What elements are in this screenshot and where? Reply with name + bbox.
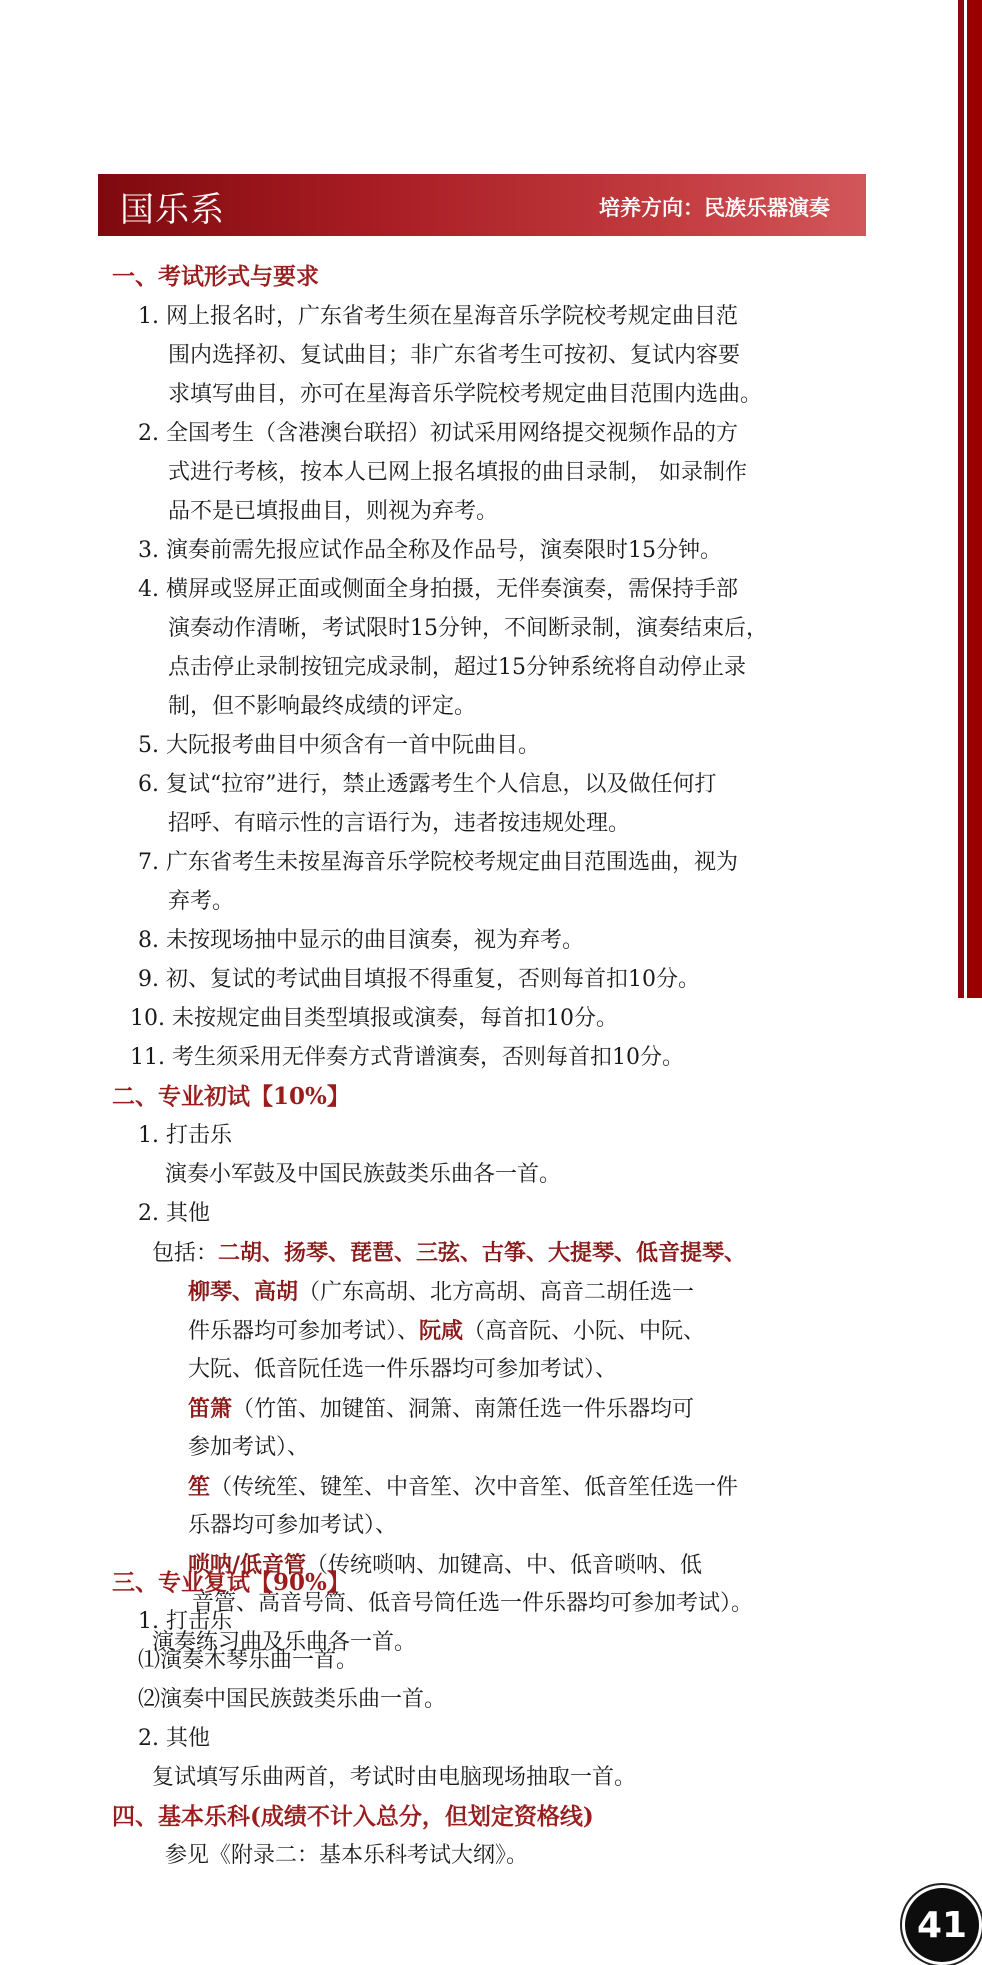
rule-line: 2. 全国考生（含港澳台联招）初试采用网络提交视频作品的方: [138, 419, 738, 449]
rule-line: 3. 演奏前需先报应试作品全称及作品号，演奏限时15分钟。: [138, 536, 722, 566]
instrument-note: （广东高胡、北方高胡、高音二胡任选一: [298, 1280, 694, 1305]
section-heading-basic-music: 四、基本乐科(成绩不计入总分，但划定资格线): [112, 1802, 594, 1832]
rule-line: 4. 横屏或竖屏正面或侧面全身拍摄，无伴奏演奏，需保持手部: [138, 575, 738, 605]
rule-line: 品不是已填报曲目，则视为弃考。: [168, 497, 498, 527]
rule-line: 围内选择初、复试曲目；非广东省考生可按初、复试内容要: [168, 341, 740, 371]
decorative-stripe-thin: [958, 0, 964, 998]
appendix-reference: 参见《附录二：基本乐科考试大纲》。: [165, 1841, 528, 1871]
department-banner: 国乐系 培养方向：民族乐器演奏: [98, 174, 866, 236]
instrument-name: 柳琴、高胡: [188, 1279, 298, 1305]
item-title-other: 2. 其他: [138, 1199, 210, 1229]
item-title-other: 2. 其他: [138, 1724, 210, 1754]
includes-row: 件乐器均可参加考试）、阮咸（高音阮、小阮、中阮、: [188, 1316, 705, 1347]
rule-line: 10. 未按规定曲目类型填报或演奏，每首扣10分。: [130, 1004, 618, 1034]
instrument-name: 笛箫: [188, 1396, 232, 1422]
instrument-note: （竹笛、加键笛、洞箫、南箫任选一件乐器均可: [232, 1397, 694, 1422]
rule-line: 9. 初、复试的考试曲目填报不得重复，否则每首扣10分。: [138, 965, 700, 995]
rule-line: 11. 考生须采用无伴奏方式背谱演奏，否则每首扣10分。: [130, 1043, 684, 1073]
rule-line: 6. 复试“拉帘”进行，禁止透露考生个人信息，以及做任何打: [138, 770, 716, 800]
rule-line: 7. 广东省考生未按星海音乐学院校考规定曲目范围选曲，视为: [138, 848, 738, 878]
section-heading-retest: 三、专业复试【90%】: [112, 1568, 350, 1598]
rule-line: 制，但不影响最终成绩的评定。: [168, 692, 476, 722]
rule-line: 求填写曲目，亦可在星海音乐学院校考规定曲目范围内选曲。: [168, 380, 762, 410]
rule-line: 招呼、有暗示性的言语行为，违者按违规处理。: [168, 809, 630, 839]
includes-row: 包括：二胡、扬琴、琵琶、三弦、古筝、大提琴、低音提琴、: [152, 1238, 746, 1269]
instrument-note: 件乐器均可参加考试）、: [188, 1319, 419, 1344]
rule-line: 5. 大阮报考曲目中须含有一首中阮曲目。: [138, 731, 540, 761]
rule-line: 1. 网上报名时，广东省考生须在星海音乐学院校考规定曲目范: [138, 302, 738, 332]
instrument-note: （高音阮、小阮、中阮、: [463, 1319, 705, 1344]
rule-line: 点击停止录制按钮完成录制，超过15分钟系统将自动停止录: [168, 653, 746, 683]
instrument-name: 阮咸: [419, 1318, 463, 1344]
department-title: 国乐系: [120, 182, 225, 231]
rule-line: 演奏动作清晰，考试限时15分钟，不间断录制，演奏结束后，: [168, 614, 768, 644]
section-heading-preliminary: 二、专业初试【10%】: [112, 1082, 350, 1112]
includes-row: 大阮、低音阮任选一件乐器均可参加考试）、: [188, 1355, 617, 1385]
rule-line: 8. 未按现场抽中显示的曲目演奏，视为弃考。: [138, 926, 584, 956]
includes-row: 参加考试）、: [188, 1433, 309, 1463]
includes-row: 笙（传统笙、键笙、中音笙、次中音笙、低音笙任选一件: [188, 1472, 738, 1503]
includes-row: 柳琴、高胡（广东高胡、北方高胡、高音二胡任选一: [188, 1277, 694, 1308]
item-title-percussion: 1. 打击乐: [138, 1121, 232, 1151]
includes-row: 笛箫（竹笛、加键笛、洞箫、南箫任选一件乐器均可: [188, 1394, 694, 1425]
rule-line: 式进行考核，按本人已网上报名填报的曲目录制， 如录制作: [168, 458, 747, 488]
training-direction: 培养方向：民族乐器演奏: [599, 192, 830, 222]
sub-item: ⑴演奏木琴乐曲一首。: [138, 1646, 358, 1676]
instrument-note: （传统唢呐、加键高、中、低音唢呐、低: [306, 1553, 702, 1578]
instrument-note: （传统笙、键笙、中音笙、次中音笙、低音笙任选一件: [210, 1475, 738, 1500]
instrument-name: 笙: [188, 1474, 210, 1500]
item-text: 演奏小军鼓及中国民族鼓类乐曲各一首。: [165, 1160, 561, 1190]
rule-line: 弃考。: [168, 887, 234, 917]
instrument-list: 二胡、扬琴、琵琶、三弦、古筝、大提琴、低音提琴、: [218, 1240, 746, 1266]
section-heading-exam-format: 一、考试形式与要求: [112, 262, 319, 292]
sub-item: ⑵演奏中国民族鼓类乐曲一首。: [138, 1685, 446, 1715]
item-title-percussion: 1. 打击乐: [138, 1607, 232, 1637]
page-number-badge: 41: [905, 1888, 979, 1962]
includes-row: 乐器均可参加考试）、: [188, 1511, 397, 1541]
decorative-stripe-thick: [967, 0, 982, 998]
item-text: 复试填写乐曲两首，考试时由电脑现场抽取一首。: [152, 1763, 636, 1793]
includes-label: 包括：: [152, 1241, 218, 1266]
